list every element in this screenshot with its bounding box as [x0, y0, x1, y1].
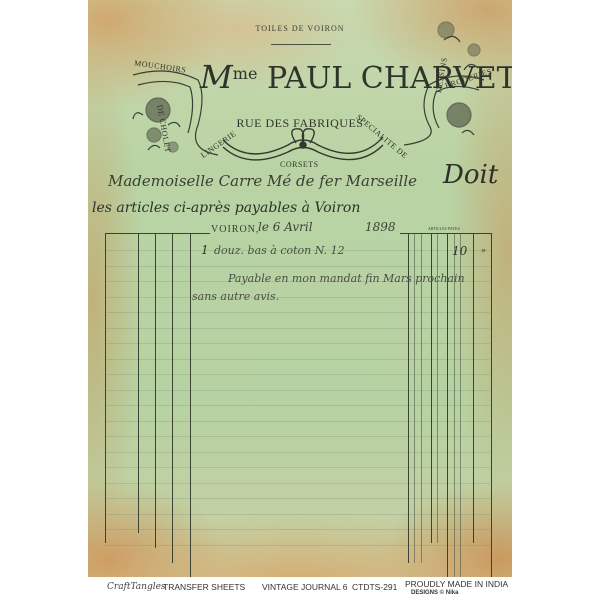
- ruled-line: [105, 312, 490, 313]
- ruled-line: [105, 483, 490, 484]
- year: 1898: [365, 220, 396, 234]
- product-code: CTDTS-291: [352, 582, 397, 592]
- line-item-qty: 1: [201, 243, 209, 257]
- ruled-line: [105, 529, 490, 530]
- ruled-line: [105, 405, 490, 406]
- ruled-line: [105, 343, 490, 344]
- right-column-caption: ARTICLES PAYES: [428, 226, 460, 231]
- line-item-description: douz. bas à coton N. 12: [214, 244, 345, 257]
- line-item-cents: »: [481, 246, 486, 255]
- note-line-1: Payable en mon mandat fin Mars prochain: [228, 272, 465, 285]
- ruled-line: [105, 421, 490, 422]
- table-column-line: [190, 233, 191, 577]
- ruled-line: [105, 390, 490, 391]
- company-title: Mme PAUL CHARVET: [200, 58, 512, 96]
- ruled-line: [105, 436, 490, 437]
- origin-label: PROUDLY MADE IN INDIA: [405, 579, 508, 589]
- brand-logo: CraftTangles: [107, 582, 166, 592]
- ruled-line: [105, 545, 490, 546]
- ruled-line: [105, 328, 490, 329]
- ruled-line: [105, 359, 490, 360]
- title-prefix: M: [200, 58, 233, 96]
- table-column-line: [491, 233, 492, 577]
- company-name: PAUL CHARVET: [267, 61, 512, 96]
- table-column-line: [155, 233, 156, 548]
- date-script: le 6 Avril: [258, 220, 313, 234]
- product-type: TRANSFER SHEETS: [163, 582, 245, 592]
- table-column-line: [105, 233, 106, 543]
- place-label: VOIRON,: [211, 224, 259, 235]
- ruled-line: [105, 452, 490, 453]
- terms-line: les articles ci-après payables à Voiron: [92, 200, 360, 216]
- ruled-line: [105, 514, 490, 515]
- product-footer: CraftTangles TRANSFER SHEETS VINTAGE JOU…: [0, 577, 600, 600]
- note-line-2: sans autre avis.: [192, 290, 279, 303]
- street-address: RUE DES FABRIQUES: [88, 116, 512, 131]
- top-caption: TOILES DE VOIRON: [88, 24, 512, 33]
- ruled-line: [105, 467, 490, 468]
- divider-ornament: [271, 44, 331, 45]
- line-item-amount: 10: [452, 244, 467, 258]
- ribbon-label-center: CORSETS: [280, 160, 319, 169]
- table-column-line: [172, 233, 173, 563]
- doit-label: Doit: [443, 160, 498, 190]
- ruled-line: [105, 498, 490, 499]
- ribbon-bow-icon: [218, 125, 388, 165]
- design-credit: DESIGNS © Nika: [411, 590, 458, 596]
- ruled-line: [105, 297, 490, 298]
- title-prefix-sup: me: [233, 64, 258, 83]
- addressee-line: Mademoiselle Carre Mé de fer Marseille: [108, 172, 417, 190]
- ruled-line: [105, 374, 490, 375]
- table-column-line: [138, 233, 139, 533]
- collection-name: VINTAGE JOURNAL 6: [262, 582, 348, 592]
- table-column-line: [473, 233, 474, 543]
- ruled-line: [105, 266, 490, 267]
- transfer-sheet: MOUCHOIRS DE CHOLET LINGERIE BRODERIES D…: [88, 0, 512, 577]
- table-top-left: [105, 233, 210, 234]
